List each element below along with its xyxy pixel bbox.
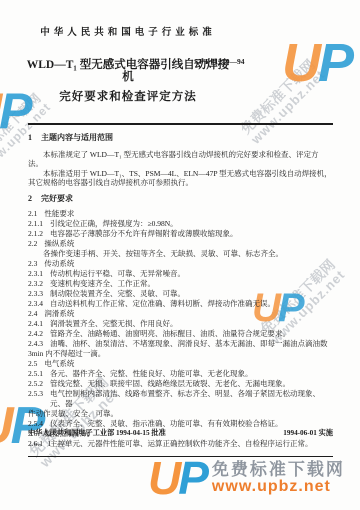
clause-text: 电容器芯子薄膜部分不允许有焊锡附着或薄膜收缩现象。 [50, 229, 238, 239]
clause-number: 2.5.1 [28, 369, 43, 379]
clause-text: 传动系统 [44, 259, 74, 269]
header-rule [28, 123, 333, 125]
clause-2-3: 2.3传动系统 [28, 259, 333, 269]
clause-number: 2.4.3 [28, 339, 43, 349]
clause-text: 制动限位装置齐全、完整、灵敏、可靠。 [50, 289, 185, 299]
approval-footer: 中华人民共和国电子工业部 1994-04-15 批准 1994-06-01 实施 [28, 428, 333, 438]
clause-2-4-2: 2.4.2管路齐全、油路畅通、油窗明亮、油标醒目、油质、油量符合规定要求。 [28, 329, 333, 339]
scope-line: 本标准适用于 WLD—T₁、TS、PSM—4L、ELN—47P 型无感式电容器引… [28, 169, 333, 179]
clause-2-1-2: 2.1.2电容器芯子薄膜部分不允许有焊锡附着或薄膜收缩现象。 [28, 229, 333, 239]
section-number: 2 [28, 194, 32, 204]
clause-text: 自动送料机构工作正常、定位准确、薄料切断、焊接动作准确无误。 [50, 299, 275, 309]
clause-number: 2.3.4 [28, 299, 43, 309]
clause-2-4-3-continuation: 3min 内不得超过一滴。 [28, 349, 333, 359]
clause-text: 各元、器件齐全、完整、性能良好、功能可靠、无老化现象。 [50, 369, 253, 379]
clause-2-3-3: 2.3.3制动限位装置齐全、完整、灵敏、可靠。 [28, 289, 333, 299]
footer-rule [28, 456, 333, 458]
clause-text: 操纵系统 [44, 239, 74, 249]
clause-text: 性能要求 [44, 209, 74, 219]
clause-text: 引线定位正确，焊接强度为：≥0.98N。 [50, 219, 178, 229]
clause-number: 2.1 [28, 209, 37, 219]
clause-number: 2.5.2 [28, 379, 43, 389]
clause-text: 管路齐全、油路畅通、油窗明亮、油标醒目、油质、油量符合规定要求。 [50, 329, 290, 339]
clause-text: 油嘴、油杯、油泵清洁、不堵塞现象、润滑良好、基本无漏油、即每一漏油点滴油数 [50, 339, 328, 349]
clause-number: 2.4.2 [28, 329, 43, 339]
clause-number: 2.3.2 [28, 279, 43, 289]
scanned-standard-page: 免费标准下载网 www.upbz.net 免费标准下载网 www.upbz.ne… [0, 0, 360, 510]
clause-text: 各操作变速手柄、开关、按钮等齐全、无缺损、灵敏、可靠、标志齐全。 [43, 249, 283, 259]
clause-2-5-1: 2.5.1各元、器件齐全、完整、性能良好、功能可靠、无老化现象。 [28, 369, 333, 379]
clause-text: 电气系统 [44, 359, 74, 369]
clause-2-5-3: 2.5.3电气控制柜内部清洁、线路布置整齐、标志齐全、明显、各端子紧固无松动现象… [28, 389, 333, 409]
title-line-1: WLD—T₁ 型无感式电容器引线自动焊接机 [22, 60, 234, 83]
clause-text: 电气控制柜内部清洁、线路布置整齐、标志齐全、明显、各端子紧固无松动现象、元、器 [50, 389, 333, 409]
clause-number: 2.3.1 [28, 269, 43, 279]
clause-text: 传动机构运行平稳、可靠、无异常噪音。 [50, 269, 185, 279]
scope-line: 其它规格的电容器引线自动焊接机亦可参照执行。 [28, 178, 333, 188]
clause-text: 主控单元、元器件性能可靠、运算正确控制软件功能齐全、自检程序运行正常。 [50, 439, 313, 449]
clause-text: 润滑装置齐全、完整无损、作用良好。 [50, 319, 178, 329]
brand-site-name: 免费标准下载网 [212, 461, 345, 479]
clause-text: 管线完整、无损、联接牢固、线路绝缘层无破裂、无老化、无漏电现象。 [50, 379, 290, 389]
clause-number: 2.3.3 [28, 289, 43, 299]
upbz-brand-footer: UP 免费标准下载网 www.upbz.net [148, 455, 345, 501]
clause-2-5-2: 2.5.2管线完整、无损、联接牢固、线路绝缘层无破裂、无老化、无漏电现象。 [28, 379, 333, 389]
clause-2-6-1: 2.6.1主控单元、元器件性能可靠、运算正确控制软件功能齐全、自检程序运行正常。 [28, 439, 333, 449]
logo-letter-p: P [178, 452, 206, 504]
clause-text: 润滑系统 [44, 309, 74, 319]
logo-letter-u: U [0, 397, 11, 455]
brand-site-url: www.upbz.net [212, 479, 345, 496]
clause-2-1: 2.1性能要求 [28, 209, 333, 219]
clause-2-4-1: 2.4.1润滑装置齐全、完整无损、作用良好。 [28, 319, 333, 329]
clause-number: 2.3 [28, 259, 37, 269]
clause-2-1-1: 2.1.1引线定位正确，焊接强度为：≥0.98N。 [28, 219, 333, 229]
page-number: — 1 — [34, 439, 67, 448]
section-2-heading: 2 完好要求 [28, 194, 333, 204]
clause-2-3-4: 2.3.4自动送料机构工作正常、定位准确、薄料切断、焊接动作准确无误。 [28, 299, 333, 309]
section-title: 主题内容与适用范围 [41, 133, 113, 143]
clause-2-2-body: 各操作变速手柄、开关、按钮等齐全、无缺损、灵敏、可靠、标志齐全。 [28, 249, 333, 259]
clause-text: 3min 内不得超过一滴。 [28, 349, 105, 359]
title-line-2: 完好要求和检查评定方法 [22, 92, 234, 104]
clause-2-3-2: 2.3.2变速机构变速齐全、工作正常。 [28, 279, 333, 289]
clause-text: 件动作灵敏、安全、可靠。 [28, 409, 118, 419]
clause-2-5-3-continuation: 件动作灵敏、安全、可靠。 [28, 409, 333, 419]
clause-2-3-1: 2.3.1传动机构运行平稳、可靠、无异常噪音。 [28, 269, 333, 279]
requirements-clauses: 2.1性能要求 2.1.1引线定位正确，焊接强度为：≥0.98N。 2.1.2电… [28, 209, 333, 449]
clause-number: 2.2 [28, 239, 37, 249]
clause-number: 2.1.1 [28, 219, 43, 229]
implementation-text: 1994-06-01 实施 [283, 428, 333, 438]
clause-2-5: 2.5电气系统 [28, 359, 333, 369]
clause-text: 变速机构变速齐全、工作正常。 [50, 279, 155, 289]
logo-letter-u: U [148, 452, 178, 504]
approval-text: 中华人民共和国电子工业部 1994-04-15 批准 [28, 428, 166, 438]
clause-number: 2.1.2 [28, 229, 43, 239]
clause-number: 2.5.3 [28, 389, 43, 409]
section-number: 1 [28, 133, 32, 143]
clause-number: 2.4.1 [28, 319, 43, 329]
section-1-heading: 1 主题内容与适用范围 [28, 133, 333, 143]
clause-2-2: 2.2操纵系统 [28, 239, 333, 249]
document-content: 中华人民共和国电子行业标准 WLD—T₁ 型无感式电容器引线自动焊接机 完好要求… [28, 0, 333, 457]
clause-number: 2.5 [28, 359, 37, 369]
scope-paragraph: 本标准规定了 WLD—T₁ 型无感式电容器引线自动焊接机的完好要求和检查、评定方… [28, 150, 333, 188]
document-title: WLD—T₁ 型无感式电容器引线自动焊接机 完好要求和检查评定方法 [22, 60, 234, 104]
clause-2-4: 2.4润滑系统 [28, 309, 333, 319]
issuing-body-heading: 中华人民共和国电子行业标准 [22, 24, 234, 38]
clause-2-4-3: 2.4.3油嘴、油杯、油泵清洁、不堵塞现象、润滑良好、基本无漏油、即每一漏油点滴… [28, 339, 333, 349]
scope-line: 本标准规定了 WLD—T₁ 型无感式电容器引线自动焊接机的完好要求和检查、评定方… [28, 150, 333, 169]
upbz-logo-main: UP [148, 455, 206, 501]
section-title: 完好要求 [41, 194, 73, 204]
clause-number: 2.4 [28, 309, 37, 319]
